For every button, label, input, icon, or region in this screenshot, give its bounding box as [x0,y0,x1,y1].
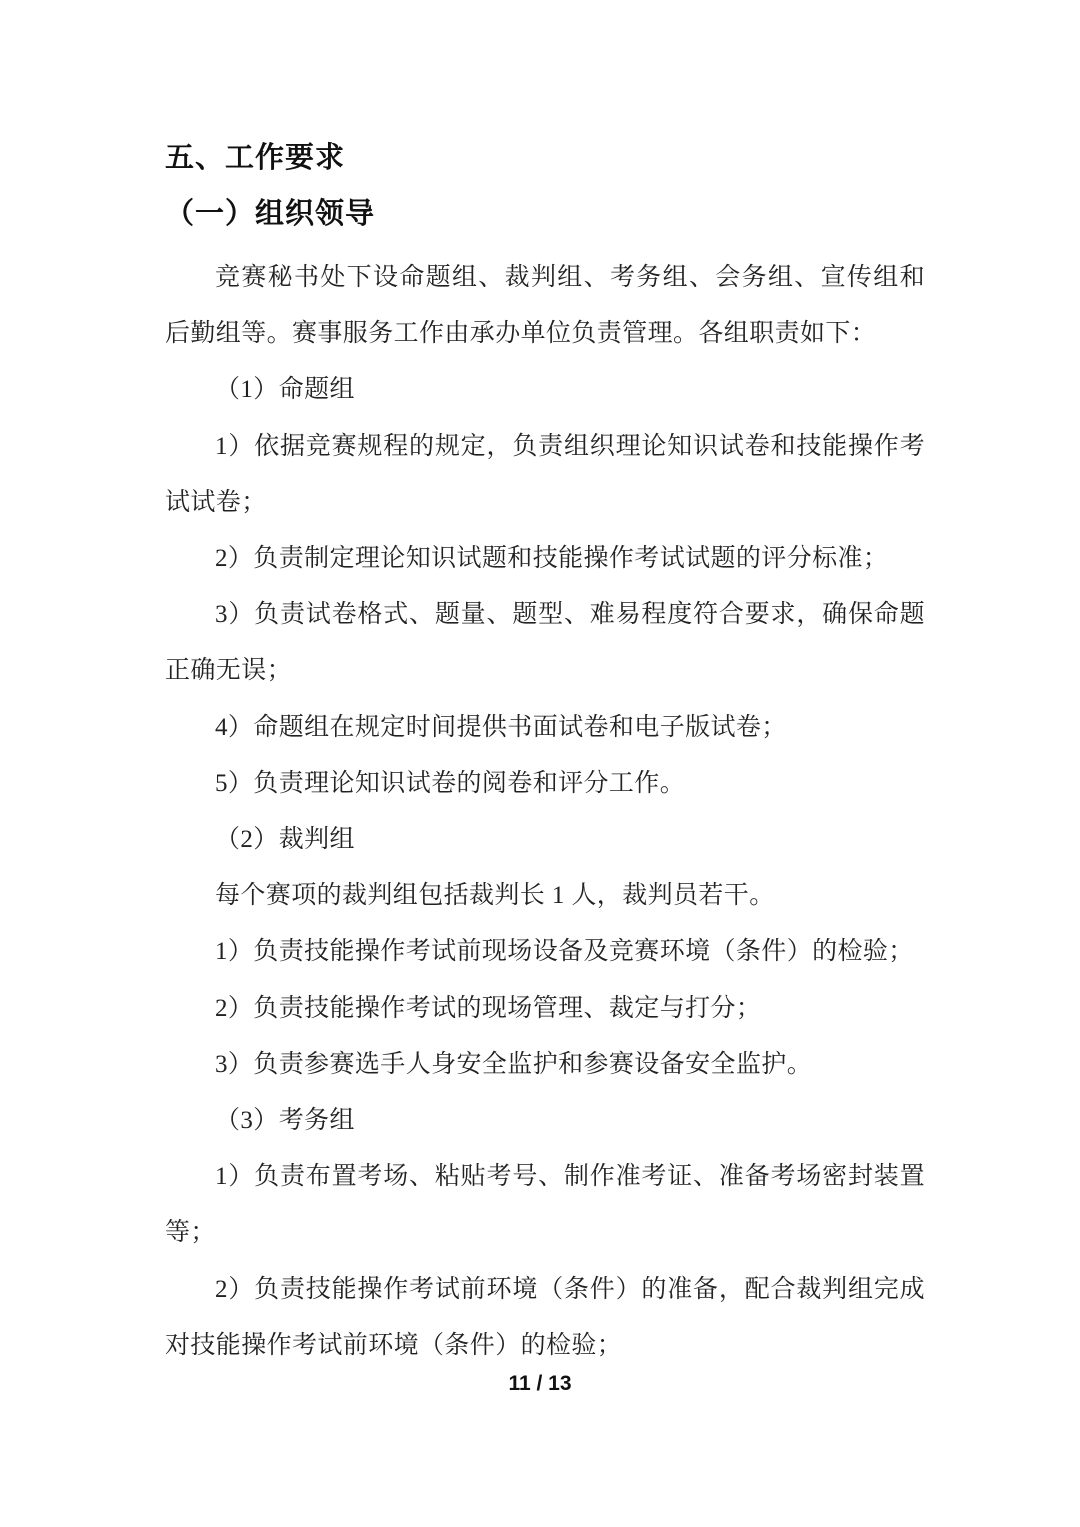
paragraph: 1）依据竞赛规程的规定，负责组织理论知识试卷和技能操作考试试卷； [165,419,925,531]
paragraph: （1）命题组 [165,362,925,418]
paragraph: （3）考务组 [165,1093,925,1149]
paragraph: 每个赛项的裁判组包括裁判长 1 人，裁判员若干。 [165,868,925,924]
section-heading: 五、工作要求 [165,130,925,186]
paragraph: 2）负责技能操作考试前环境（条件）的准备，配合裁判组完成对技能操作考试前环境（条… [165,1262,925,1374]
paragraph: 2）负责技能操作考试的现场管理、裁定与打分； [165,981,925,1037]
paragraph: 3）负责试卷格式、题量、题型、难易程度符合要求，确保命题正确无误； [165,587,925,699]
page-number: 11 / 13 [508,1372,571,1395]
document-page: 五、工作要求 （一）组织领导 竞赛秘书处下设命题组、裁判组、考务组、会务组、宣传… [0,0,1080,1527]
paragraph: 5）负责理论知识试卷的阅卷和评分工作。 [165,756,925,812]
paragraph: 1）负责技能操作考试前现场设备及竞赛环境（条件）的检验； [165,924,925,980]
paragraph: 3）负责参赛选手人身安全监护和参赛设备安全监护。 [165,1037,925,1093]
paragraph: 竞赛秘书处下设命题组、裁判组、考务组、会务组、宣传组和后勤组等。赛事服务工作由承… [165,250,925,362]
paragraph: （2）裁判组 [165,812,925,868]
paragraph: 1）负责布置考场、粘贴考号、制作准考证、准备考场密封装置等； [165,1149,925,1261]
document-content: 五、工作要求 （一）组织领导 竞赛秘书处下设命题组、裁判组、考务组、会务组、宣传… [165,130,925,1374]
paragraph: 4）命题组在规定时间提供书面试卷和电子版试卷； [165,700,925,756]
subsection-heading: （一）组织领导 [165,186,925,242]
page-footer: 11 / 13 [0,1372,1080,1396]
paragraph-list: 竞赛秘书处下设命题组、裁判组、考务组、会务组、宣传组和后勤组等。赛事服务工作由承… [165,250,925,1374]
paragraph: 2）负责制定理论知识试题和技能操作考试试题的评分标准； [165,531,925,587]
